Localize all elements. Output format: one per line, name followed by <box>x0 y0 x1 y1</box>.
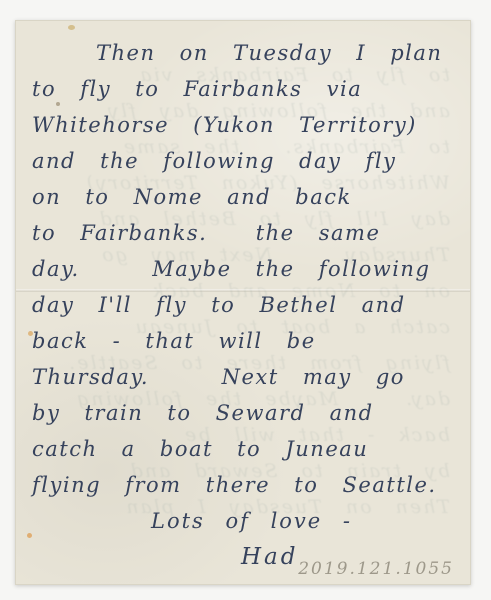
letter-line: and the following day fly <box>16 143 470 179</box>
letter-line: flying from there to Seattle. <box>16 467 470 503</box>
letter-line: Thursday. Next may go <box>16 359 470 395</box>
letter-line: catch a boat to Juneau <box>16 431 470 467</box>
letter-line: on to Nome and back <box>16 179 470 215</box>
letter-line: day. Maybe the following <box>16 251 470 287</box>
letter-line: to Fairbanks. the same <box>16 215 470 251</box>
letter-paper: to fly to Fairbanks via and the followin… <box>15 20 471 585</box>
letter-line: day I'll fly to Bethel and <box>16 287 470 323</box>
letter-line: Then on Tuesday I plan <box>16 35 470 71</box>
letter-line: Whitehorse (Yukon Territory) <box>16 107 470 143</box>
letter-body: Then on Tuesday I plan to fly to Fairban… <box>16 21 470 575</box>
letter-line: by train to Seward and <box>16 395 470 431</box>
letter-line: back - that will be <box>16 323 470 359</box>
letter-line: to fly to Fairbanks via <box>16 71 470 107</box>
scanner-background: { "colors": { "background": "#f6f6f4", "… <box>0 0 491 600</box>
letter-closing: Lots of love - <box>151 503 470 539</box>
accession-number: 2019.121.1055 <box>298 559 454 579</box>
